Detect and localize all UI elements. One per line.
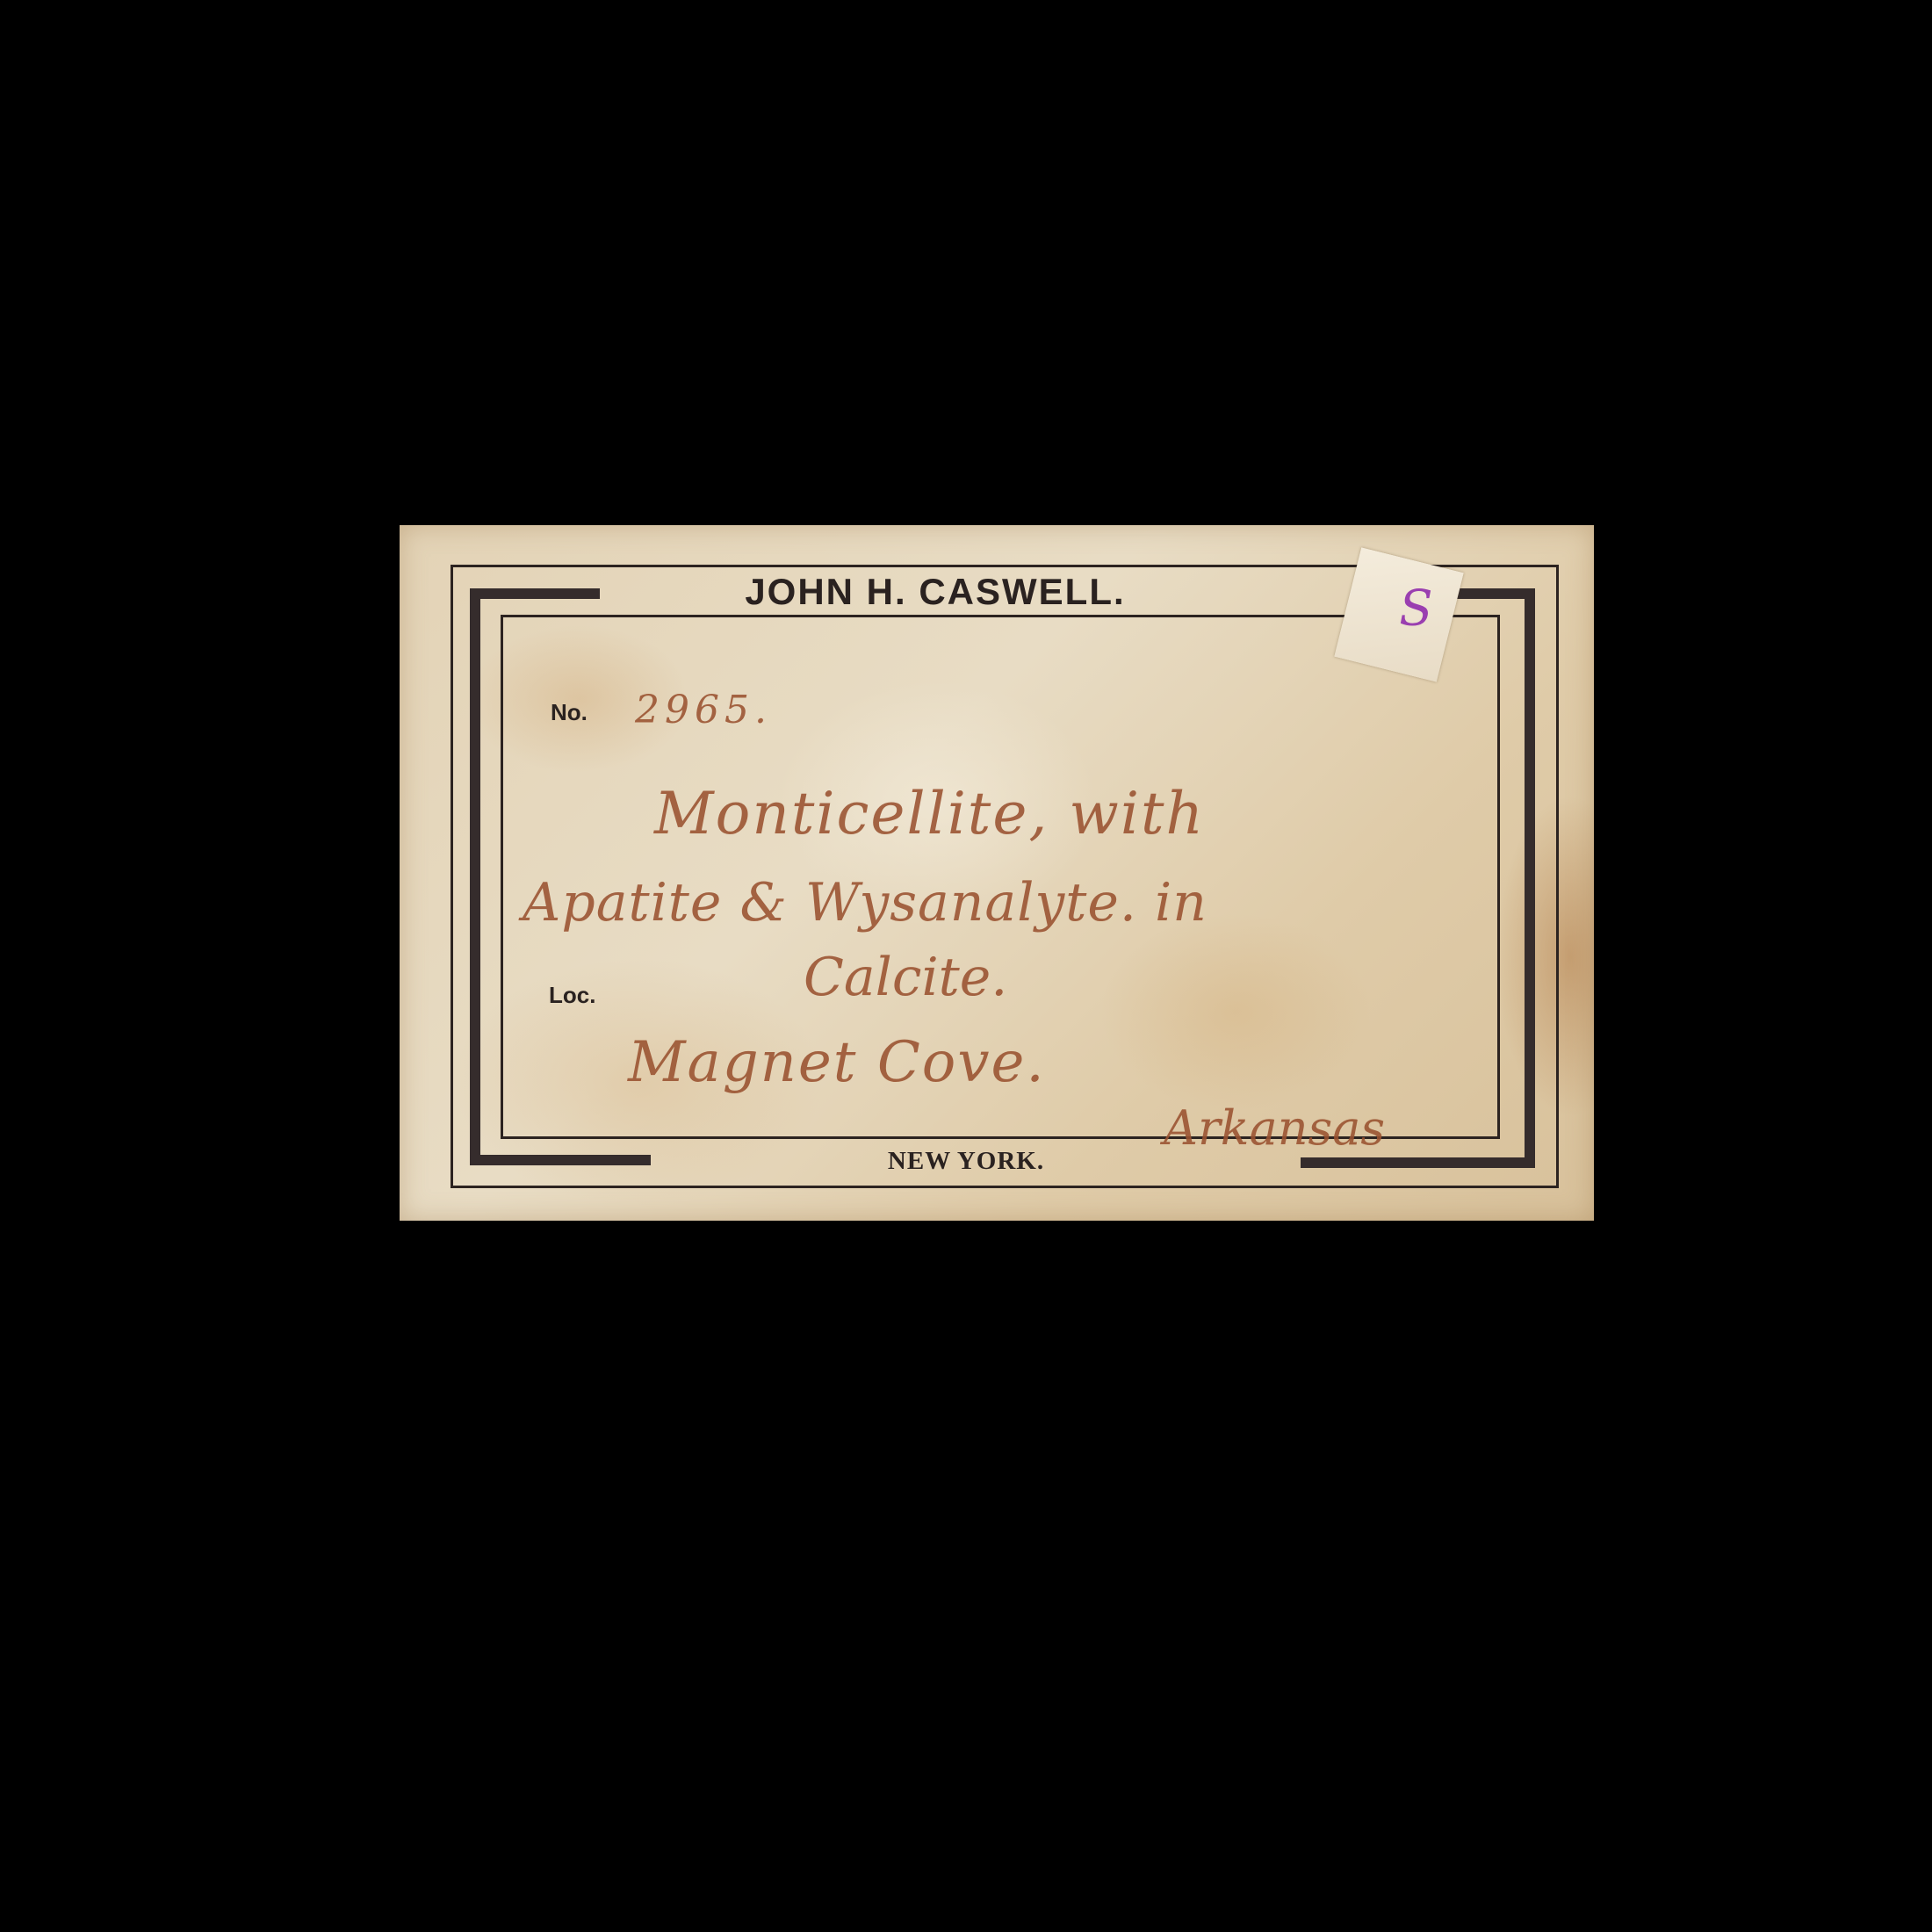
- specimen-number: 2965.: [635, 688, 772, 732]
- bracket-right-vertical: [1525, 588, 1535, 1168]
- bracket-left-vertical: [470, 588, 480, 1165]
- mineral-line-3: Calcite.: [804, 947, 1007, 1008]
- sticker-mark: S: [1399, 580, 1432, 637]
- locality-line-1: Magnet Cove.: [628, 1030, 1046, 1095]
- mineral-line-2: Apatite & Wysanalyte. in: [523, 872, 1207, 934]
- number-label: No.: [551, 699, 588, 726]
- mineral-line-1: Monticellite, with: [654, 780, 1205, 847]
- locality-label: Loc.: [549, 982, 595, 1009]
- specimen-label-card: JOHN H. CASWELL. No. 2965. Monticellite,…: [400, 525, 1594, 1221]
- city-footer: NEW YORK.: [338, 1147, 1594, 1176]
